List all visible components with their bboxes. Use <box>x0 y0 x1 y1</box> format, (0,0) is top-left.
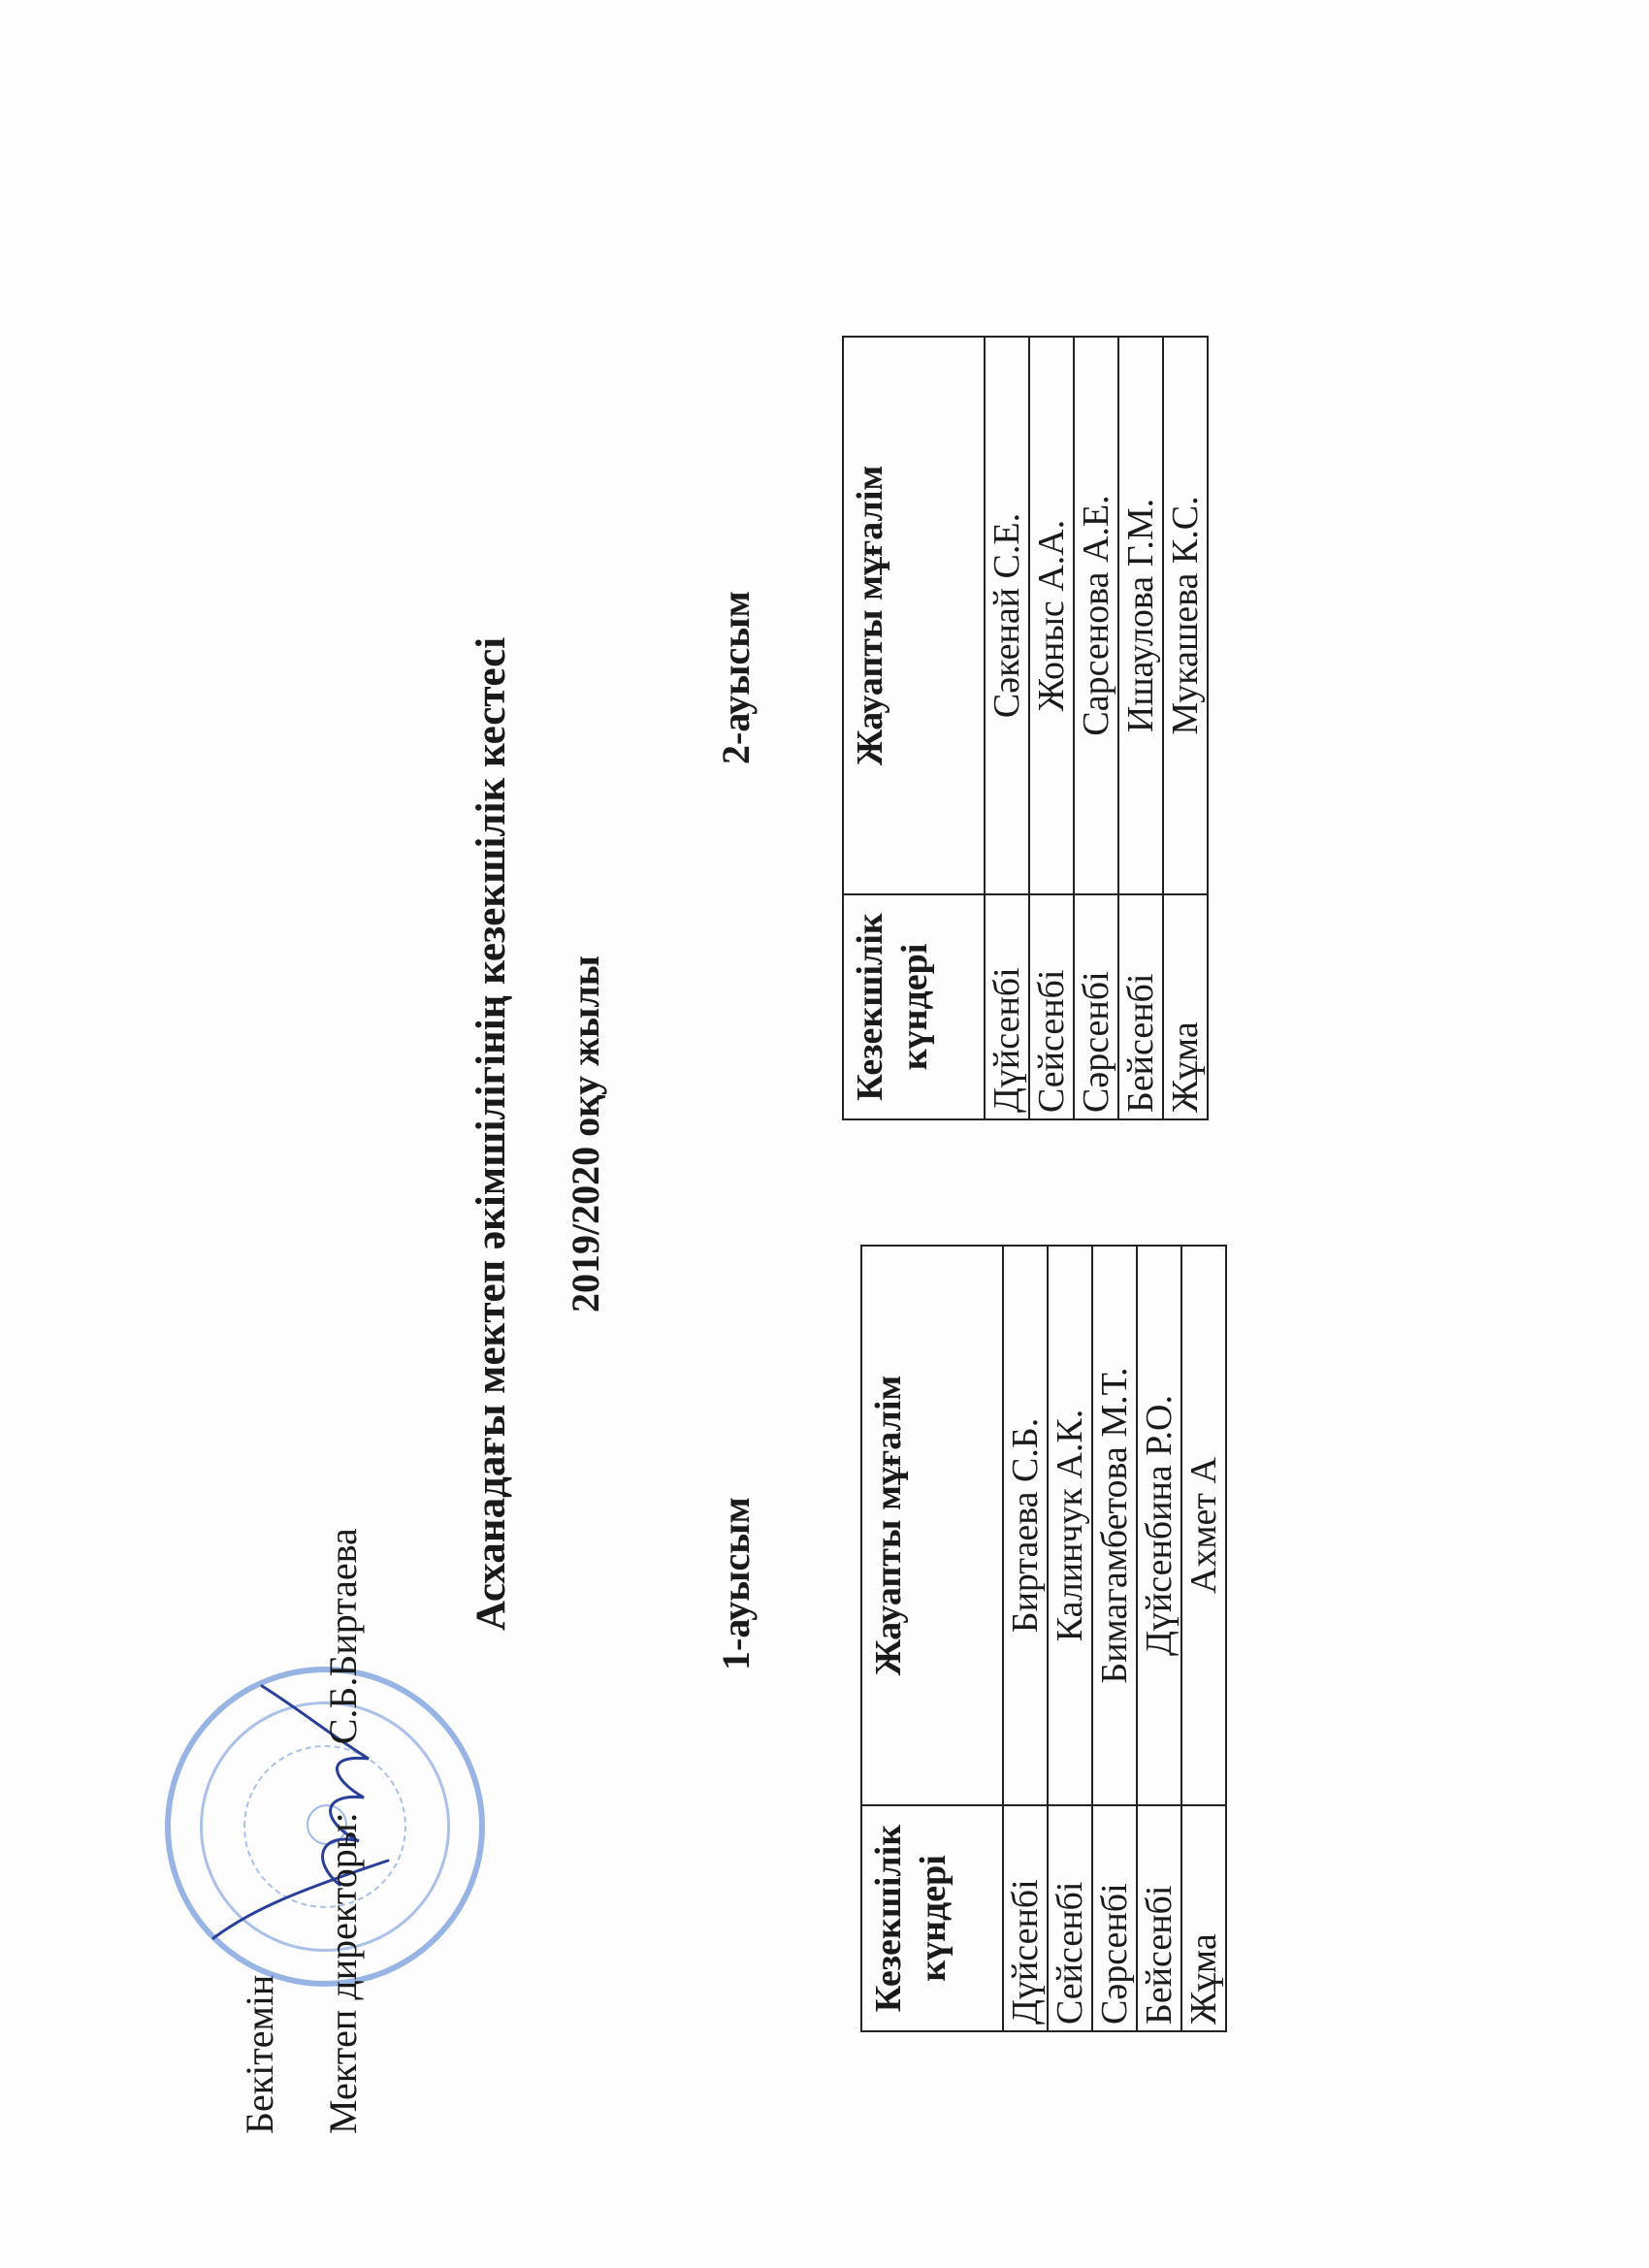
day-cell: Жұма <box>1181 1805 1226 2031</box>
table-row: Сәрсенбі Бимагамбетова М.Т. <box>1092 1246 1137 2031</box>
table-row: Бейсенбі Ишаулова Г.М. <box>1118 337 1163 1119</box>
shift-1-duty-table: Кезекшілік күндері Жауапты мұғалім Дүйсе… <box>860 1245 1227 2032</box>
table-header-row: Кезекшілік күндері Жауапты мұғалім <box>843 337 985 1119</box>
table-row: Жұма Мукашева К.С. <box>1163 337 1208 1119</box>
document-title: Асханадағы мектеп әкімшілігінің кезекшіл… <box>468 0 515 2268</box>
table-row: Сейсенбі Калинчук А.К. <box>1048 1246 1092 2031</box>
table-row: Дүйсенбі Биртаева С.Б. <box>1003 1246 1048 2031</box>
table-row: Жұма Ахмет А <box>1181 1246 1226 2031</box>
header-duty-days: Кезекшілік күндері <box>861 1805 1003 2031</box>
table-row: Сейсенбі Жоныс А.А. <box>1029 337 1074 1119</box>
teacher-cell: Биртаева С.Б. <box>1003 1246 1048 1805</box>
teacher-cell: Ишаулова Г.М. <box>1118 337 1163 894</box>
header-responsible-teacher: Жауапты мұғалім <box>861 1246 1003 1805</box>
teacher-cell: Жоныс А.А. <box>1029 337 1074 894</box>
day-cell: Сәрсенбі <box>1074 894 1118 1119</box>
day-cell: Бейсенбі <box>1118 894 1163 1119</box>
table-header-row: Кезекшілік күндері Жауапты мұғалім <box>861 1246 1003 2031</box>
table-row: Бейсенбі Дүйсенбина Р.О. <box>1137 1246 1181 2031</box>
teacher-cell: Дүйсенбина Р.О. <box>1137 1246 1181 1805</box>
day-cell: Жұма <box>1163 894 1208 1119</box>
approval-label: Бекітемін <box>237 1975 282 2134</box>
header-duty-days: Кезекшілік күндері <box>843 894 985 1119</box>
shift-2-label: 2-ауысым <box>713 591 759 764</box>
header-responsible-teacher: Жауапты мұғалім <box>843 337 985 894</box>
shift-1-label: 1-ауысым <box>713 1497 759 1670</box>
teacher-cell: Калинчук А.К. <box>1048 1246 1092 1805</box>
teacher-cell: Ахмет А <box>1181 1246 1226 1805</box>
day-cell: Сәрсенбі <box>1092 1805 1137 2031</box>
director-name: С.Б.Биртаева <box>321 1528 365 1744</box>
director-title: Мектеп директоры: <box>321 1812 365 2134</box>
teacher-cell: Бимагамбетова М.Т. <box>1092 1246 1137 1805</box>
table-row: Сәрсенбі Сарсенова А.Е. <box>1074 337 1118 1119</box>
teacher-cell: Сарсенова А.Е. <box>1074 337 1118 894</box>
shift-2-duty-table: Кезекшілік күндері Жауапты мұғалім Дүйсе… <box>842 336 1209 1120</box>
academic-year: 2019/2020 оқу жылы <box>563 0 608 2268</box>
day-cell: Дүйсенбі <box>1003 1805 1048 2031</box>
teacher-cell: Сәкенай С.Е. <box>985 337 1029 894</box>
teacher-cell: Мукашева К.С. <box>1163 337 1208 894</box>
handwritten-signature-icon <box>194 1667 436 1977</box>
director-signature-line: Мектеп директоры: С.Б.Биртаева <box>320 1528 366 2134</box>
day-cell: Сейсенбі <box>1048 1805 1092 2031</box>
day-cell: Дүйсенбі <box>985 894 1029 1119</box>
scanned-document-page: Бекітемін Мектеп директоры: С.Б.Биртаева… <box>0 0 1649 2268</box>
table-row: Дүйсенбі Сәкенай С.Е. <box>985 337 1029 1119</box>
day-cell: Бейсенбі <box>1137 1805 1181 2031</box>
day-cell: Сейсенбі <box>1029 894 1074 1119</box>
